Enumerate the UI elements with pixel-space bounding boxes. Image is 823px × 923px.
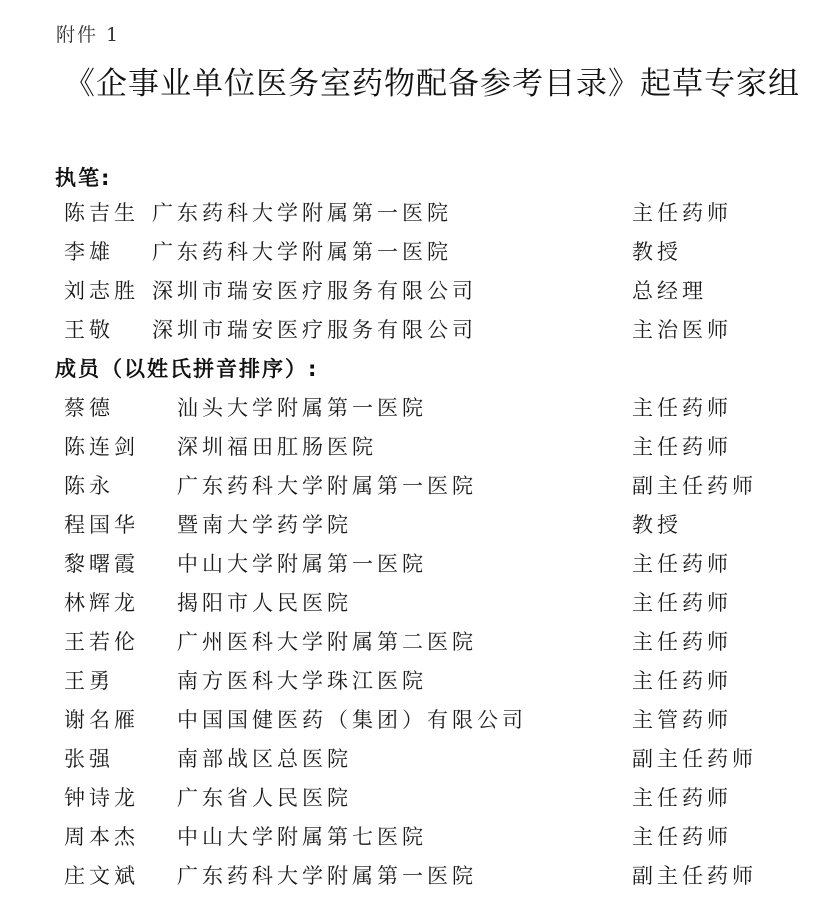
document-title: 《企事业单位医务室药物配备参考目录》起草专家组 — [64, 58, 800, 103]
table-row: 刘志胜 深圳市瑞安医疗服务有限公司 总经理 — [0, 275, 823, 305]
member-name: 蔡德 — [64, 392, 114, 422]
table-row: 谢名雁 中国国健医药（集团）有限公司 主管药师 — [0, 704, 823, 734]
table-row: 王敬 深圳市瑞安医疗服务有限公司 主治医师 — [0, 314, 823, 344]
member-name: 李雄 — [64, 236, 114, 266]
member-title: 主任药师 — [632, 665, 732, 695]
member-title: 主任药师 — [632, 626, 732, 656]
table-row: 王勇 南方医科大学珠江医院 主任药师 — [0, 665, 823, 695]
table-row: 林辉龙 揭阳市人民医院 主任药师 — [0, 587, 823, 617]
member-title: 主任药师 — [632, 821, 732, 851]
member-org: 中山大学附属第一医院 — [177, 548, 427, 578]
member-name: 黎曙霞 — [64, 548, 139, 578]
member-title: 主任药师 — [632, 392, 732, 422]
member-title: 副主任药师 — [632, 860, 757, 890]
table-row: 周本杰 中山大学附属第七医院 主任药师 — [0, 821, 823, 851]
member-org: 深圳福田肛肠医院 — [177, 431, 377, 461]
table-row: 钟诗龙 广东省人民医院 主任药师 — [0, 782, 823, 812]
member-title: 教授 — [632, 509, 682, 539]
table-row: 黎曙霞 中山大学附属第一医院 主任药师 — [0, 548, 823, 578]
table-row: 程国华 暨南大学药学院 教授 — [0, 509, 823, 539]
member-title: 主任药师 — [632, 431, 732, 461]
member-name: 钟诗龙 — [64, 782, 139, 812]
member-org: 南部战区总医院 — [177, 743, 352, 773]
member-name: 周本杰 — [64, 821, 139, 851]
table-row: 王若伦 广州医科大学附属第二医院 主任药师 — [0, 626, 823, 656]
member-title: 主任药师 — [632, 197, 732, 227]
member-name: 庄文斌 — [64, 860, 139, 890]
member-org: 汕头大学附属第一医院 — [177, 392, 427, 422]
member-org: 广东省人民医院 — [177, 782, 352, 812]
member-name: 陈吉生 — [64, 197, 139, 227]
member-org: 深圳市瑞安医疗服务有限公司 — [152, 314, 477, 344]
member-org: 广东药科大学附属第一医院 — [152, 236, 452, 266]
member-title: 主治医师 — [632, 314, 732, 344]
member-name: 王若伦 — [64, 626, 139, 656]
table-row: 张强 南部战区总医院 副主任药师 — [0, 743, 823, 773]
member-name: 林辉龙 — [64, 587, 139, 617]
member-name: 程国华 — [64, 509, 139, 539]
member-name: 陈永 — [64, 470, 114, 500]
member-org: 广州医科大学附属第二医院 — [177, 626, 477, 656]
table-row: 陈永 广东药科大学附属第一医院 副主任药师 — [0, 470, 823, 500]
member-org: 暨南大学药学院 — [177, 509, 352, 539]
member-title: 副主任药师 — [632, 470, 757, 500]
member-name: 谢名雁 — [64, 704, 139, 734]
table-row: 陈连剑 深圳福田肛肠医院 主任药师 — [0, 431, 823, 461]
attachment-label: 附件 1 — [56, 20, 120, 47]
table-row: 庄文斌 广东药科大学附属第一医院 副主任药师 — [0, 860, 823, 890]
member-org: 广东药科大学附属第一医院 — [152, 197, 452, 227]
member-title: 教授 — [632, 236, 682, 266]
member-title: 主任药师 — [632, 548, 732, 578]
member-name: 陈连剑 — [64, 431, 139, 461]
member-org: 揭阳市人民医院 — [177, 587, 352, 617]
member-title: 主任药师 — [632, 782, 732, 812]
member-title: 主任药师 — [632, 587, 732, 617]
member-org: 南方医科大学珠江医院 — [177, 665, 427, 695]
table-row: 蔡德 汕头大学附属第一医院 主任药师 — [0, 392, 823, 422]
member-name: 刘志胜 — [64, 275, 139, 305]
member-title: 副主任药师 — [632, 743, 757, 773]
section-heading-writers: 执笔: — [55, 162, 111, 192]
member-org: 广东药科大学附属第一医院 — [177, 860, 477, 890]
member-org: 中国国健医药（集团）有限公司 — [177, 704, 527, 734]
member-org: 广东药科大学附属第一医院 — [177, 470, 477, 500]
member-title: 总经理 — [632, 275, 707, 305]
member-org: 深圳市瑞安医疗服务有限公司 — [152, 275, 477, 305]
table-row: 李雄 广东药科大学附属第一医院 教授 — [0, 236, 823, 266]
member-name: 张强 — [64, 743, 114, 773]
member-title: 主管药师 — [632, 704, 732, 734]
member-org: 中山大学附属第七医院 — [177, 821, 427, 851]
member-name: 王勇 — [64, 665, 114, 695]
table-row: 陈吉生 广东药科大学附属第一医院 主任药师 — [0, 197, 823, 227]
member-name: 王敬 — [64, 314, 114, 344]
section-heading-members: 成员（以姓氏拼音排序）: — [55, 353, 318, 383]
